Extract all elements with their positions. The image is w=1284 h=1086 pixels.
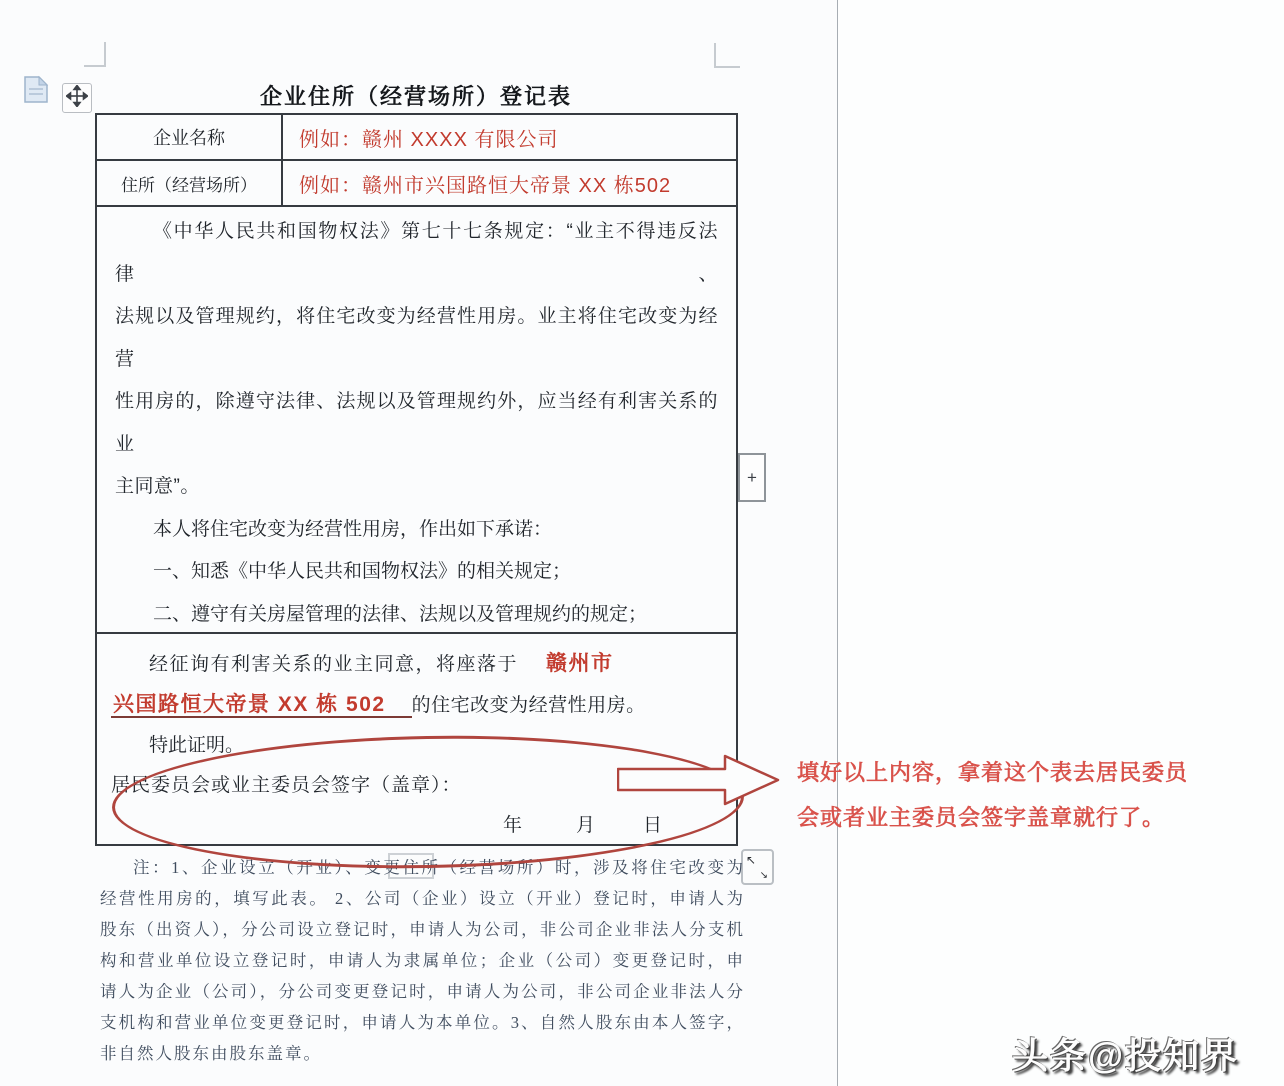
table-row: 企业名称 例如：赣州 XXXX 有限公司: [97, 115, 736, 161]
resize-arrow-nw-icon: ↖: [746, 853, 756, 867]
company-name-value: 例如：赣州 XXXX 有限公司: [283, 115, 736, 159]
law-text-line: 法规以及管理规约，将住宅改变为经营性用房。业主将住宅改变为经营: [115, 296, 718, 381]
committee-consent-section: 经征询有利害关系的业主同意，将座落于赣州市 兴国路恒大帝景 XX 栋 502的住…: [97, 634, 736, 846]
margin-corner-mark-top-right: [714, 43, 740, 68]
address-value: 例如：赣州市兴国路恒大帝景 XX 栋502: [283, 161, 736, 205]
commitment-intro: 本人将住宅改变为经营性用房，作出如下承诺：: [115, 509, 718, 552]
page-edge-divider: [837, 0, 838, 1086]
plus-icon: +: [747, 468, 757, 488]
annotation-text-line-2: 会或者业主委员会签字盖章就行了。: [797, 801, 1267, 832]
document-page-icon: [23, 75, 49, 109]
red-arrow-annotation: [617, 753, 781, 812]
consent-text-black: 经征询有利害关系的业主同意，将座落于: [149, 654, 518, 675]
law-text-line: 《中华人民共和国物权法》第七十七条规定：“业主不得违反法律、: [115, 211, 718, 296]
table-row: 住所（经营场所） 例如：赣州市兴国路恒大帝景 XX 栋502: [97, 161, 736, 207]
margin-corner-mark-top-left: [84, 42, 106, 67]
watermark-text: 头条@投知界: [1012, 1028, 1274, 1079]
law-text-line: 主同意”。: [115, 466, 718, 509]
table-resize-handle[interactable]: ↖ ↘: [741, 849, 774, 885]
commitment-item: 一、知悉《中华人民共和国物权法》的相关规定；: [115, 551, 718, 594]
blank-day-label: 日: [643, 815, 662, 836]
address-label: 住所（经营场所）: [97, 161, 283, 205]
blank-date-row: 年月日: [111, 806, 722, 846]
consent-address-red-underlined: 兴国路恒大帝景 XX 栋 502: [111, 693, 412, 718]
annotation-text-line-1: 填好以上内容，拿着这个表去居民委员: [797, 756, 1267, 787]
law-text-line: 性用房的，除遵守法律、法规以及管理规约外，应当经有利害关系的业: [115, 381, 718, 466]
blank-year-label: 年: [503, 815, 522, 836]
right-margin-area: [838, 0, 1284, 1086]
consent-line-2: 兴国路恒大帝景 XX 栋 502的住宅改变为经营性用房。: [111, 685, 722, 726]
law-and-commitment-section: 《中华人民共和国物权法》第七十七条规定：“业主不得违反法律、 法规以及管理规约，…: [97, 207, 736, 634]
consent-line-1: 经征询有利害关系的业主同意，将座落于赣州市: [111, 644, 722, 685]
resize-arrow-se-icon: ↘: [760, 870, 768, 881]
registration-form-table: 企业名称 例如：赣州 XXXX 有限公司 住所（经营场所） 例如：赣州市兴国路恒…: [95, 113, 738, 846]
consent-text-black-2: 的住宅改变为经营性用房。: [412, 695, 646, 716]
move-arrows-icon: [66, 85, 88, 112]
company-name-label: 企业名称: [97, 115, 283, 159]
table-plus-button[interactable]: +: [738, 453, 766, 502]
consent-city-red: 赣州市: [546, 652, 614, 675]
table-move-handle[interactable]: [62, 83, 92, 113]
form-footnote: 注：1、企业设立（开业）、变更住所（经营场所）时，涉及将住宅改变为经营性用房的，…: [100, 852, 745, 1069]
page-title: 企业住所（经营场所）登记表: [95, 80, 737, 111]
commitment-item: 二、遵守有关房屋管理的法律、法规以及管理规约的规定；: [115, 594, 718, 635]
blank-month-label: 月: [576, 815, 595, 836]
